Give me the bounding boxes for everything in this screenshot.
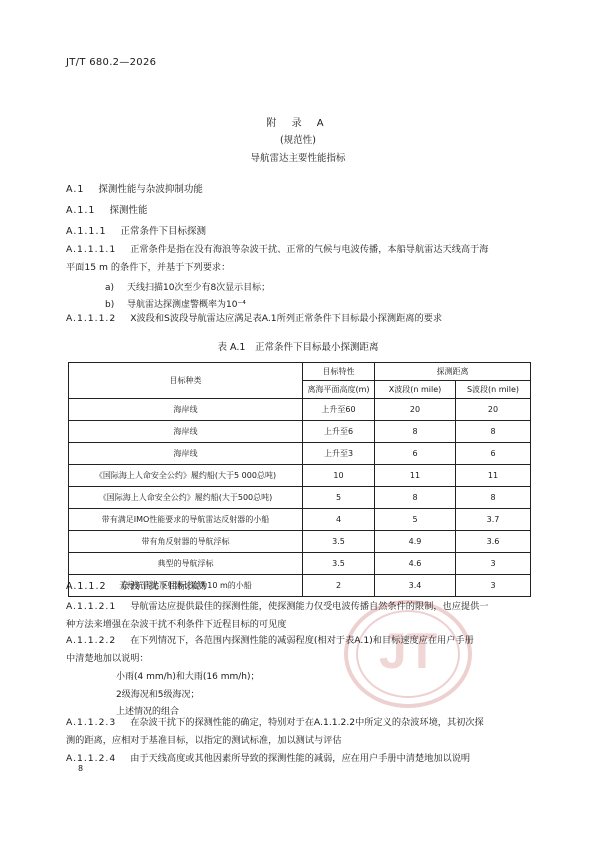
clause-a1111: A.1.1.1.1正常条件是指在没有海浪等杂波干扰、正常的气候与电波传播，本船导…	[66, 241, 489, 277]
cell-x: 4.6	[375, 553, 456, 575]
cell-height: 4	[303, 509, 375, 531]
clause-a1112: A.1.1.1.2X波段和S波段导航雷达应满足表A.1所列正常条件下目标最小探测…	[66, 310, 442, 328]
list-item-rain: 小雨(4 mm/h)和大雨(16 mm/h)；	[116, 669, 260, 682]
list-item-a: a)天线扫描10次至少有8次显示目标；	[105, 280, 270, 293]
header-x-band: X波段(n mile)	[375, 381, 456, 399]
list-item-b: b)导航雷达探测虚警概率为10⁻⁴	[105, 297, 246, 310]
cell-x: 8	[375, 487, 456, 509]
clause-a1121: A.1.1.2.1导航雷达应提供最佳的探测性能，使探测能力仅受电波传播自然条件的…	[66, 598, 489, 634]
clause-number: A.1.1.2.3	[66, 714, 116, 732]
list-label: a)	[105, 283, 127, 293]
cell-s: 3.6	[456, 531, 531, 553]
list-text: 天线扫描10次至少有8次显示目标；	[127, 283, 270, 293]
cell-height: 上升至3	[303, 443, 375, 465]
table-row: 带有角反射器的导航浮标 3.5 4.9 3.6	[69, 531, 531, 553]
clause-text: 测的距离，应相对于基准目标，以指定的测试标准，加以测试与评估	[66, 732, 484, 750]
clause-text: 在下列情况下，各范围内探测性能的减弱程度(相对于表A.1)和目标速度应在用户手册	[130, 635, 474, 646]
clause-number: A.1.1.2.4	[66, 750, 116, 768]
header-target-type: 目标种类	[69, 363, 303, 399]
cell-s: 8	[456, 421, 531, 443]
cell-s: 6	[456, 443, 531, 465]
cell-height: 10	[303, 465, 375, 487]
clause-a1123: A.1.1.2.3在杂波干扰下的探测性能的确定，特别对于在A.1.1.2.2中所…	[66, 714, 484, 750]
cell-height: 上升至6	[303, 421, 375, 443]
cell-height: 5	[303, 487, 375, 509]
cell-x: 6	[375, 443, 456, 465]
table-row: 海岸线 上升至6 8 8	[69, 421, 531, 443]
cell-height: 上升至60	[303, 399, 375, 421]
table-row: 海岸线 上升至60 20 20	[69, 399, 531, 421]
clause-number: A.1.1.1.1	[66, 241, 116, 259]
clause-text: 在杂波干扰下的探测性能的确定，特别对于在A.1.1.2.2中所定义的杂波环境，其…	[130, 717, 484, 728]
cell-type: 带有满足IMO性能要求的导航雷达反射器的小船	[69, 509, 303, 531]
cell-x: 5	[375, 509, 456, 531]
cell-type: 海岸线	[69, 421, 303, 443]
clause-number: A.1.1.2.2	[66, 632, 116, 650]
clause-number: A.1.1.1.2	[66, 310, 116, 328]
cell-height: 3.5	[303, 553, 375, 575]
standard-code: JT/T 680.2—2026	[66, 57, 156, 68]
appendix-type: (规范性)	[0, 132, 596, 146]
header-height: 离海平面高度(m)	[303, 381, 375, 399]
cell-type: 《国际海上人命安全公约》履约船(大于5 000总吨)	[69, 465, 303, 487]
header-target-feature: 目标特性	[303, 363, 375, 381]
cell-s: 8	[456, 487, 531, 509]
clause-text: 由于天线高度或其他因素所导致的探测性能的减弱，应在用户手册中清楚地加以说明	[130, 753, 470, 764]
section-a1: A.1探测性能与杂波抑制功能	[66, 181, 203, 195]
table-row: 海岸线 上升至3 6 6	[69, 443, 531, 465]
cell-height: 3.5	[303, 531, 375, 553]
clause-text: 平面15 m 的条件下，并基于下列要求：	[66, 259, 489, 277]
section-number: A.1.1.1	[66, 226, 107, 237]
cell-x: 20	[375, 399, 456, 421]
clause-text: 导航雷达应提供最佳的探测性能，使探测能力仅受电波传播自然条件的限制，也应提供一	[130, 601, 488, 612]
clause-text: 正常条件是指在没有海浪等杂波干扰、正常的气候与电波传播，本船导航雷达天线高于海	[130, 244, 488, 255]
cell-s: 3	[456, 553, 531, 575]
list-label: b)	[105, 300, 127, 310]
clause-a1122: A.1.1.2.2在下列情况下，各范围内探测性能的减弱程度(相对于表A.1)和目…	[66, 632, 474, 668]
appendix-subtitle: 导航雷达主要性能指标	[0, 150, 596, 164]
section-title: 探测性能与杂波抑制功能	[98, 184, 203, 195]
cell-s: 20	[456, 399, 531, 421]
cell-s: 11	[456, 465, 531, 487]
page-number: 8	[78, 764, 83, 773]
cell-type: 海岸线	[69, 443, 303, 465]
clause-number: A.1.1.2.1	[66, 598, 116, 616]
section-title: 杂波干扰下目标探测	[121, 581, 207, 592]
section-title: 探测性能	[109, 205, 147, 216]
table-row: 《国际海上人命安全公约》履约船(大于5 000总吨) 10 11 11	[69, 465, 531, 487]
cell-type: 典型的导航浮标	[69, 553, 303, 575]
section-title: 正常条件下目标探测	[121, 226, 207, 237]
clause-text: X波段和S波段导航雷达应满足表A.1所列正常条件下目标最小探测距离的要求	[130, 313, 442, 324]
cell-height: 2	[303, 575, 375, 597]
table-row: 典型的导航浮标 3.5 4.6 3	[69, 553, 531, 575]
header-s-band: S波段(n mile)	[456, 381, 531, 399]
section-a111: A.1.1.1正常条件下目标探测	[66, 223, 206, 237]
cell-x: 11	[375, 465, 456, 487]
cell-x: 8	[375, 421, 456, 443]
table-caption: 表 A.1 正常条件下目标最小探测距离	[0, 339, 596, 353]
section-number: A.1	[66, 184, 84, 195]
cell-s: 3.7	[456, 509, 531, 531]
cell-type: 海岸线	[69, 399, 303, 421]
section-number: A.1.1	[66, 205, 95, 216]
section-a112: A.1.1.2杂波干扰下目标探测	[66, 578, 206, 592]
detection-range-table: 目标种类 目标特性 探测距离 离海平面高度(m) X波段(n mile) S波段…	[68, 362, 531, 597]
list-text: 导航雷达探测虚警概率为10⁻⁴	[127, 300, 246, 310]
header-detection-range: 探测距离	[375, 363, 531, 381]
cell-x: 3.4	[375, 575, 456, 597]
cell-type: 带有角反射器的导航浮标	[69, 531, 303, 553]
cell-type: 《国际海上人命安全公约》履约船(大于500总吨)	[69, 487, 303, 509]
cell-s: 3	[456, 575, 531, 597]
section-a11: A.1.1探测性能	[66, 202, 147, 216]
table-row: 《国际海上人命安全公约》履约船(大于500总吨) 5 8 8	[69, 487, 531, 509]
list-item-sea-state: 2级海况和5级海况；	[116, 687, 199, 700]
cell-x: 4.9	[375, 531, 456, 553]
clause-a1124: A.1.1.2.4由于天线高度或其他因素所导致的探测性能的减弱，应在用户手册中清…	[66, 750, 470, 768]
appendix-title: 附 录 A	[0, 114, 596, 129]
clause-text: 中清楚地加以说明：	[66, 650, 474, 668]
section-number: A.1.1.2	[66, 581, 107, 592]
table-row: 带有满足IMO性能要求的导航雷达反射器的小船 4 5 3.7	[69, 509, 531, 531]
